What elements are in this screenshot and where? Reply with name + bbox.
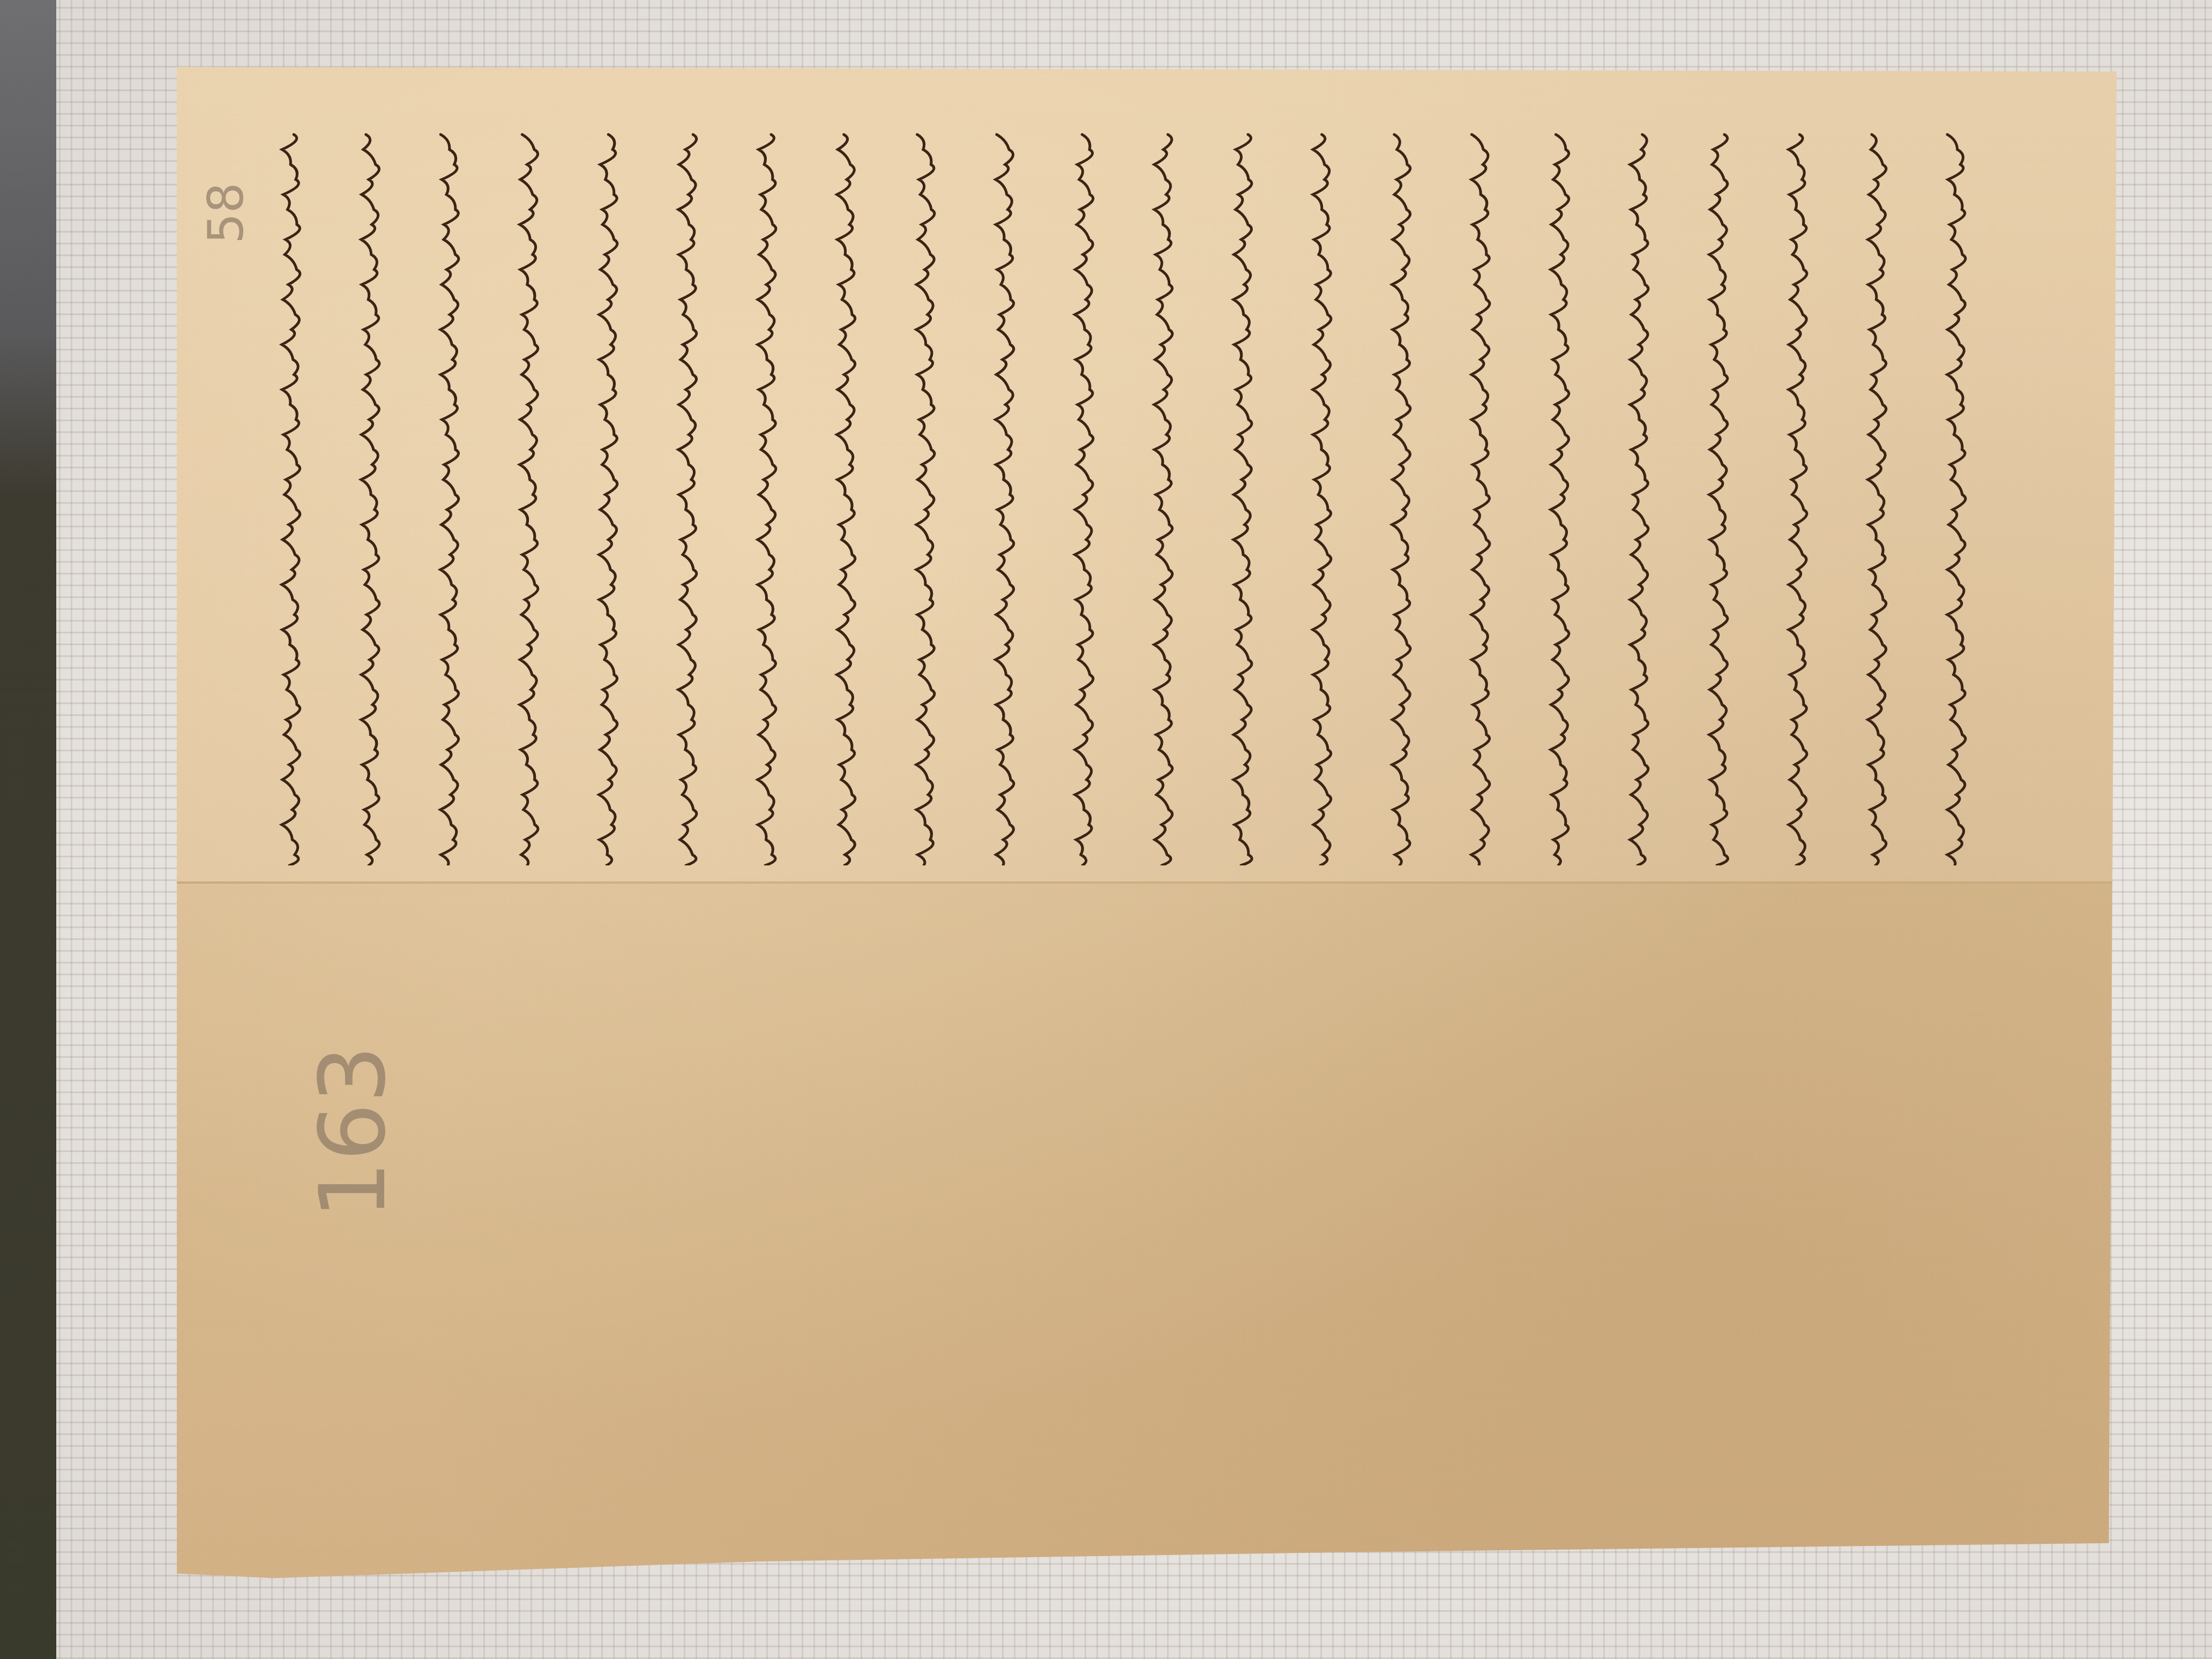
- handwritten-line: [591, 115, 623, 865]
- handwritten-line: [511, 115, 543, 865]
- folio-number-163: 163: [300, 1045, 406, 1219]
- dark-surface-edge: [0, 0, 56, 1659]
- fold-line: [177, 881, 2117, 884]
- handwritten-line: [353, 115, 385, 865]
- handwritten-line: [828, 115, 861, 865]
- manuscript-page: 58 163 Kurrent (German cursive): [177, 67, 2117, 1589]
- handwritten-text-block: [177, 67, 2117, 881]
- handwritten-line: [670, 115, 702, 865]
- handwritten-line: [273, 115, 305, 865]
- handwritten-line: [1542, 115, 1574, 865]
- handwritten-line: [908, 115, 940, 865]
- handwritten-line: [1780, 115, 1812, 865]
- handwritten-line: [1939, 115, 1971, 865]
- handwritten-line: [1701, 115, 1733, 865]
- handwritten-line: [1146, 115, 1178, 865]
- handwritten-line: [1859, 115, 1892, 865]
- handwritten-line: [1463, 115, 1495, 865]
- handwritten-line: [749, 115, 781, 865]
- handwritten-line: [1621, 115, 1654, 865]
- handwritten-line: [1225, 115, 1257, 865]
- handwritten-line: [1066, 115, 1098, 865]
- handwritten-line: [1304, 115, 1336, 865]
- handwritten-line: [1384, 115, 1416, 865]
- handwritten-line: [432, 115, 464, 865]
- handwritten-line: [987, 115, 1019, 865]
